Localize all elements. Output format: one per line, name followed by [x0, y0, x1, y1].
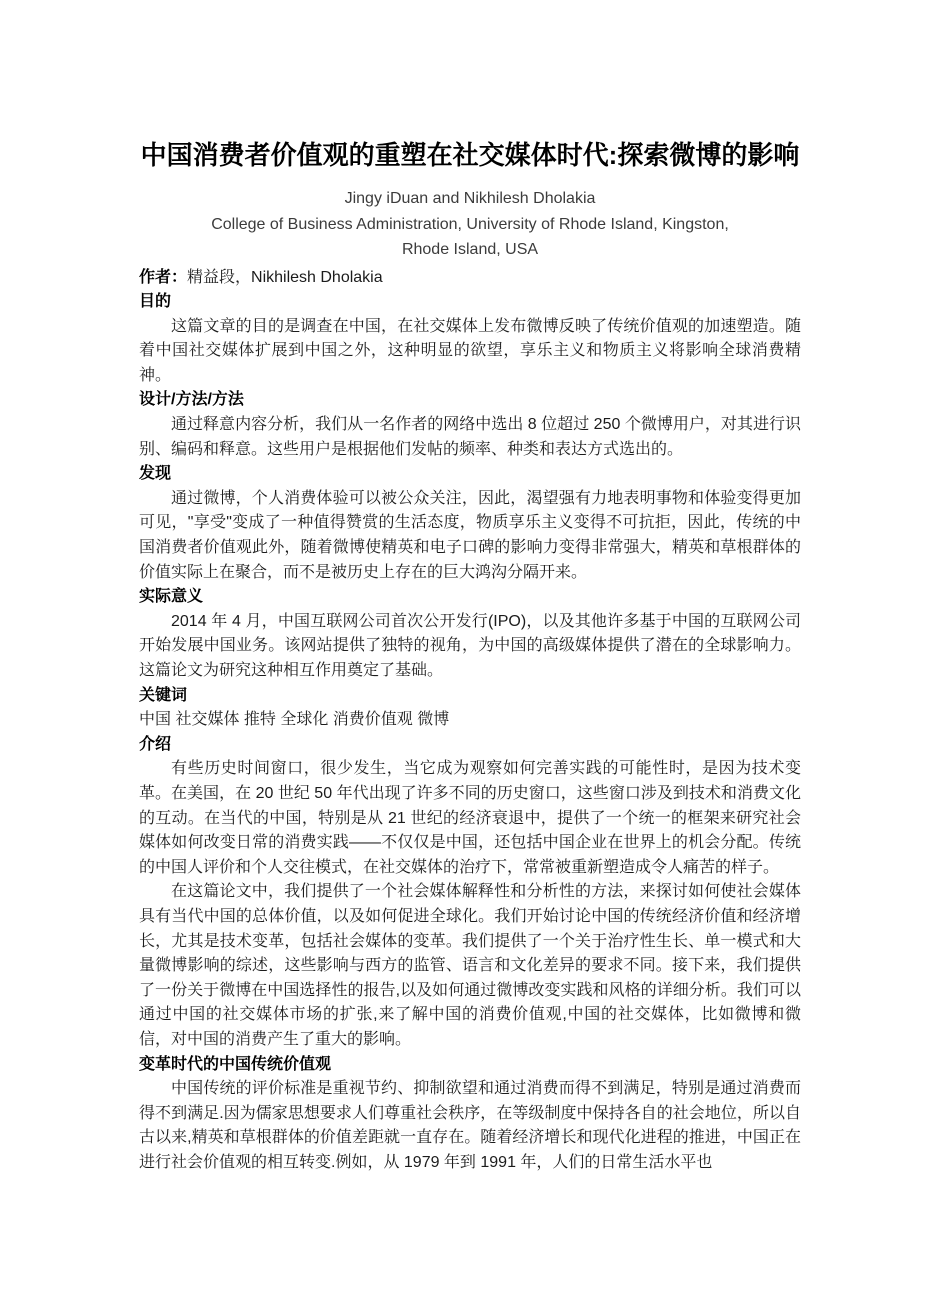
document-body: 作者：精益段，Nikhilesh Dholakia 目的 这篇文章的目的是调查在… [139, 266, 801, 1176]
document-page: 中国消费者价值观的重塑在社交媒体时代:探索微博的影响 Jingy iDuan a… [139, 138, 801, 1175]
byline-value: 精益段，Nikhilesh Dholakia [187, 269, 383, 286]
section-heading-implications: 实际意义 [139, 585, 801, 610]
section-paragraph-findings: 通过微博，个人消费体验可以被公众关注，因此，渴望强有力地表明事物和体验变得更加可… [139, 487, 801, 585]
section-paragraph-purpose: 这篇文章的目的是调查在中国，在社交媒体上发布微博反映了传统价值观的加速塑造。随着… [139, 315, 801, 389]
section-paragraph-introduction-2: 在这篇论文中，我们提供了一个社会媒体解释性和分析性的方法，来探讨如何使社会媒体具… [139, 880, 801, 1052]
byline-label: 作者： [139, 269, 187, 286]
keywords-line: 中国 社交媒体 推特 全球化 消费价值观 微博 [139, 708, 801, 733]
section-paragraph-introduction-1: 有些历史时间窗口，很少发生，当它成为观察如何完善实践的可能性时，是因为技术变革。… [139, 757, 801, 880]
author-names: Jingy iDuan and Nikhilesh Dholakia [139, 186, 801, 212]
section-paragraph-traditional-values: 中国传统的评价标准是重视节约、抑制欲望和通过消费而得不到满足，特别是通过消费而得… [139, 1077, 801, 1175]
section-paragraph-methodology: 通过释意内容分析，我们从一名作者的网络中选出 8 位超过 250 个微博用户，对… [139, 413, 801, 462]
section-paragraph-implications: 2014 年 4 月，中国互联网公司首次公开发行(IPO)，以及其他许多基于中国… [139, 610, 801, 684]
section-heading-introduction: 介绍 [139, 733, 801, 758]
section-heading-purpose: 目的 [139, 290, 801, 315]
section-heading-traditional-values: 变革时代的中国传统价值观 [139, 1053, 801, 1078]
author-affiliation: College of Business Administration, Univ… [139, 212, 801, 238]
section-heading-findings: 发现 [139, 462, 801, 487]
byline: 作者：精益段，Nikhilesh Dholakia [139, 266, 801, 291]
section-heading-methodology: 设计/方法/方法 [139, 388, 801, 413]
author-block: Jingy iDuan and Nikhilesh Dholakia Colle… [139, 186, 801, 263]
page-title: 中国消费者价值观的重塑在社交媒体时代:探索微博的影响 [139, 138, 801, 172]
author-location: Rhode Island, USA [139, 237, 801, 263]
section-heading-keywords: 关键词 [139, 684, 801, 709]
